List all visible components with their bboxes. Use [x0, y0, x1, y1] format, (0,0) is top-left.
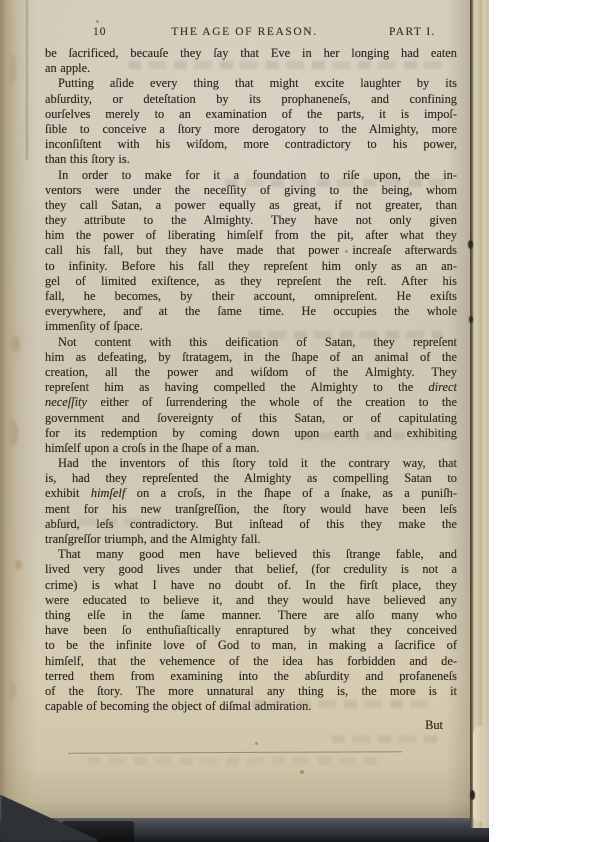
text-line: thing elſe in the ſame manner. There are… [45, 608, 457, 623]
text-line: Putting aſide every thing that might exc… [45, 76, 457, 91]
edge-mark [469, 316, 473, 323]
bleed-through-smudge [128, 61, 446, 69]
text-line: have been ſo enthuſiaſtically enraptured… [45, 623, 457, 638]
paper-speck [345, 250, 348, 253]
edge-mark [470, 790, 475, 800]
scanned-book-screenshot: { "header": { "page_number": "10", "runn… [0, 0, 595, 842]
text-line: terred them from examining into the abſu… [45, 669, 457, 684]
text-line: Had the inventors of this ſtory told it … [45, 456, 457, 471]
text-line: to infinity. Before his fall they repreſ… [45, 259, 457, 274]
text-line: neceſſity either of ſurrendering the who… [45, 395, 457, 410]
text-line: fall, he becomes, by their account, omni… [45, 289, 457, 304]
text-line: exhibit himſelf on a croſs, in the ſhape… [45, 486, 457, 501]
paper-speck [412, 690, 416, 694]
gutter-shadow [0, 0, 36, 842]
bleed-through-smudge [248, 331, 443, 339]
text-line: ourſelves merely to an examination of th… [45, 107, 457, 122]
text-line: him the power of liberating himſelf from… [45, 228, 457, 243]
bleed-through-smudge [300, 432, 450, 440]
pencil-line [68, 751, 402, 753]
bleed-through-smudge [332, 735, 442, 743]
text-line: inconſiſtent with his wiſdom, more contr… [45, 137, 457, 152]
text-line: of the ſtory. The more unnatural any thi… [45, 684, 457, 699]
bleed-through-smudge [58, 518, 188, 526]
text-line: lived very good lives under that belief,… [45, 562, 457, 577]
paper-speck [140, 306, 143, 309]
fore-edge-curl [473, 726, 488, 822]
right-margin-shadow [446, 0, 470, 828]
part-label: PART I. [389, 26, 436, 38]
paper-speck [255, 742, 258, 745]
text-line: they attribute to the Almighty. They hav… [45, 213, 457, 228]
text-line: to be the infinite love of God to man, i… [45, 638, 457, 653]
text-line: himſelf, that the vehemence of the idea … [45, 654, 457, 669]
text-line: everywhere, and at the ſame time. He occ… [45, 304, 457, 319]
text-line: gel of limited exiſtence, as they repreſ… [45, 274, 457, 289]
text-line: than this ſtory is. [45, 152, 457, 167]
text-line: ment for his new tranſgreſſion, the ſtor… [45, 502, 457, 517]
bleed-through-smudge [225, 179, 445, 187]
text-line: abſurdity, or deteſtation by its prophan… [45, 92, 457, 107]
bleed-through-smudge [252, 700, 432, 708]
book-page-scan: 10 THE AGE OF REASON. PART I. be ſacrifi… [0, 0, 489, 842]
text-line: crime) is what I have no doubt of. In th… [45, 578, 457, 593]
text-line: creation, all the power and wiſdom of th… [45, 365, 457, 380]
text-line: call his fall, but they have made that p… [45, 243, 457, 258]
text-line: be ſacrificed, becauſe they ſay that Eve… [45, 46, 457, 61]
fore-edge-pages [470, 0, 489, 828]
body-text: be ſacrificed, becauſe they ſay that Eve… [45, 46, 457, 733]
text-line: ſible to conceive a ſtory more derogator… [45, 122, 457, 137]
catchword: But [45, 718, 457, 733]
text-line: were educated to believe it, and they wo… [45, 593, 457, 608]
bottom-shading [0, 762, 489, 818]
text-line: That many good men have believed this ſt… [45, 547, 457, 562]
paper-speck [96, 20, 99, 23]
text-line: repreſent him as having compelled the Al… [45, 380, 457, 395]
text-line: they call Satan, a power equally as grea… [45, 198, 457, 213]
text-line: himſelf upon a croſs in the ſhape of a m… [45, 441, 457, 456]
text-line: tranſgreſſor triumph, and the Almighty f… [45, 532, 457, 547]
text-line: is, had they repreſented the Almighty as… [45, 471, 457, 486]
text-line: him as defeating, by ſtratagem, in the ſ… [45, 350, 457, 365]
edge-mark [468, 240, 473, 249]
text-line: government and ſovereignty of this Satan… [45, 411, 457, 426]
